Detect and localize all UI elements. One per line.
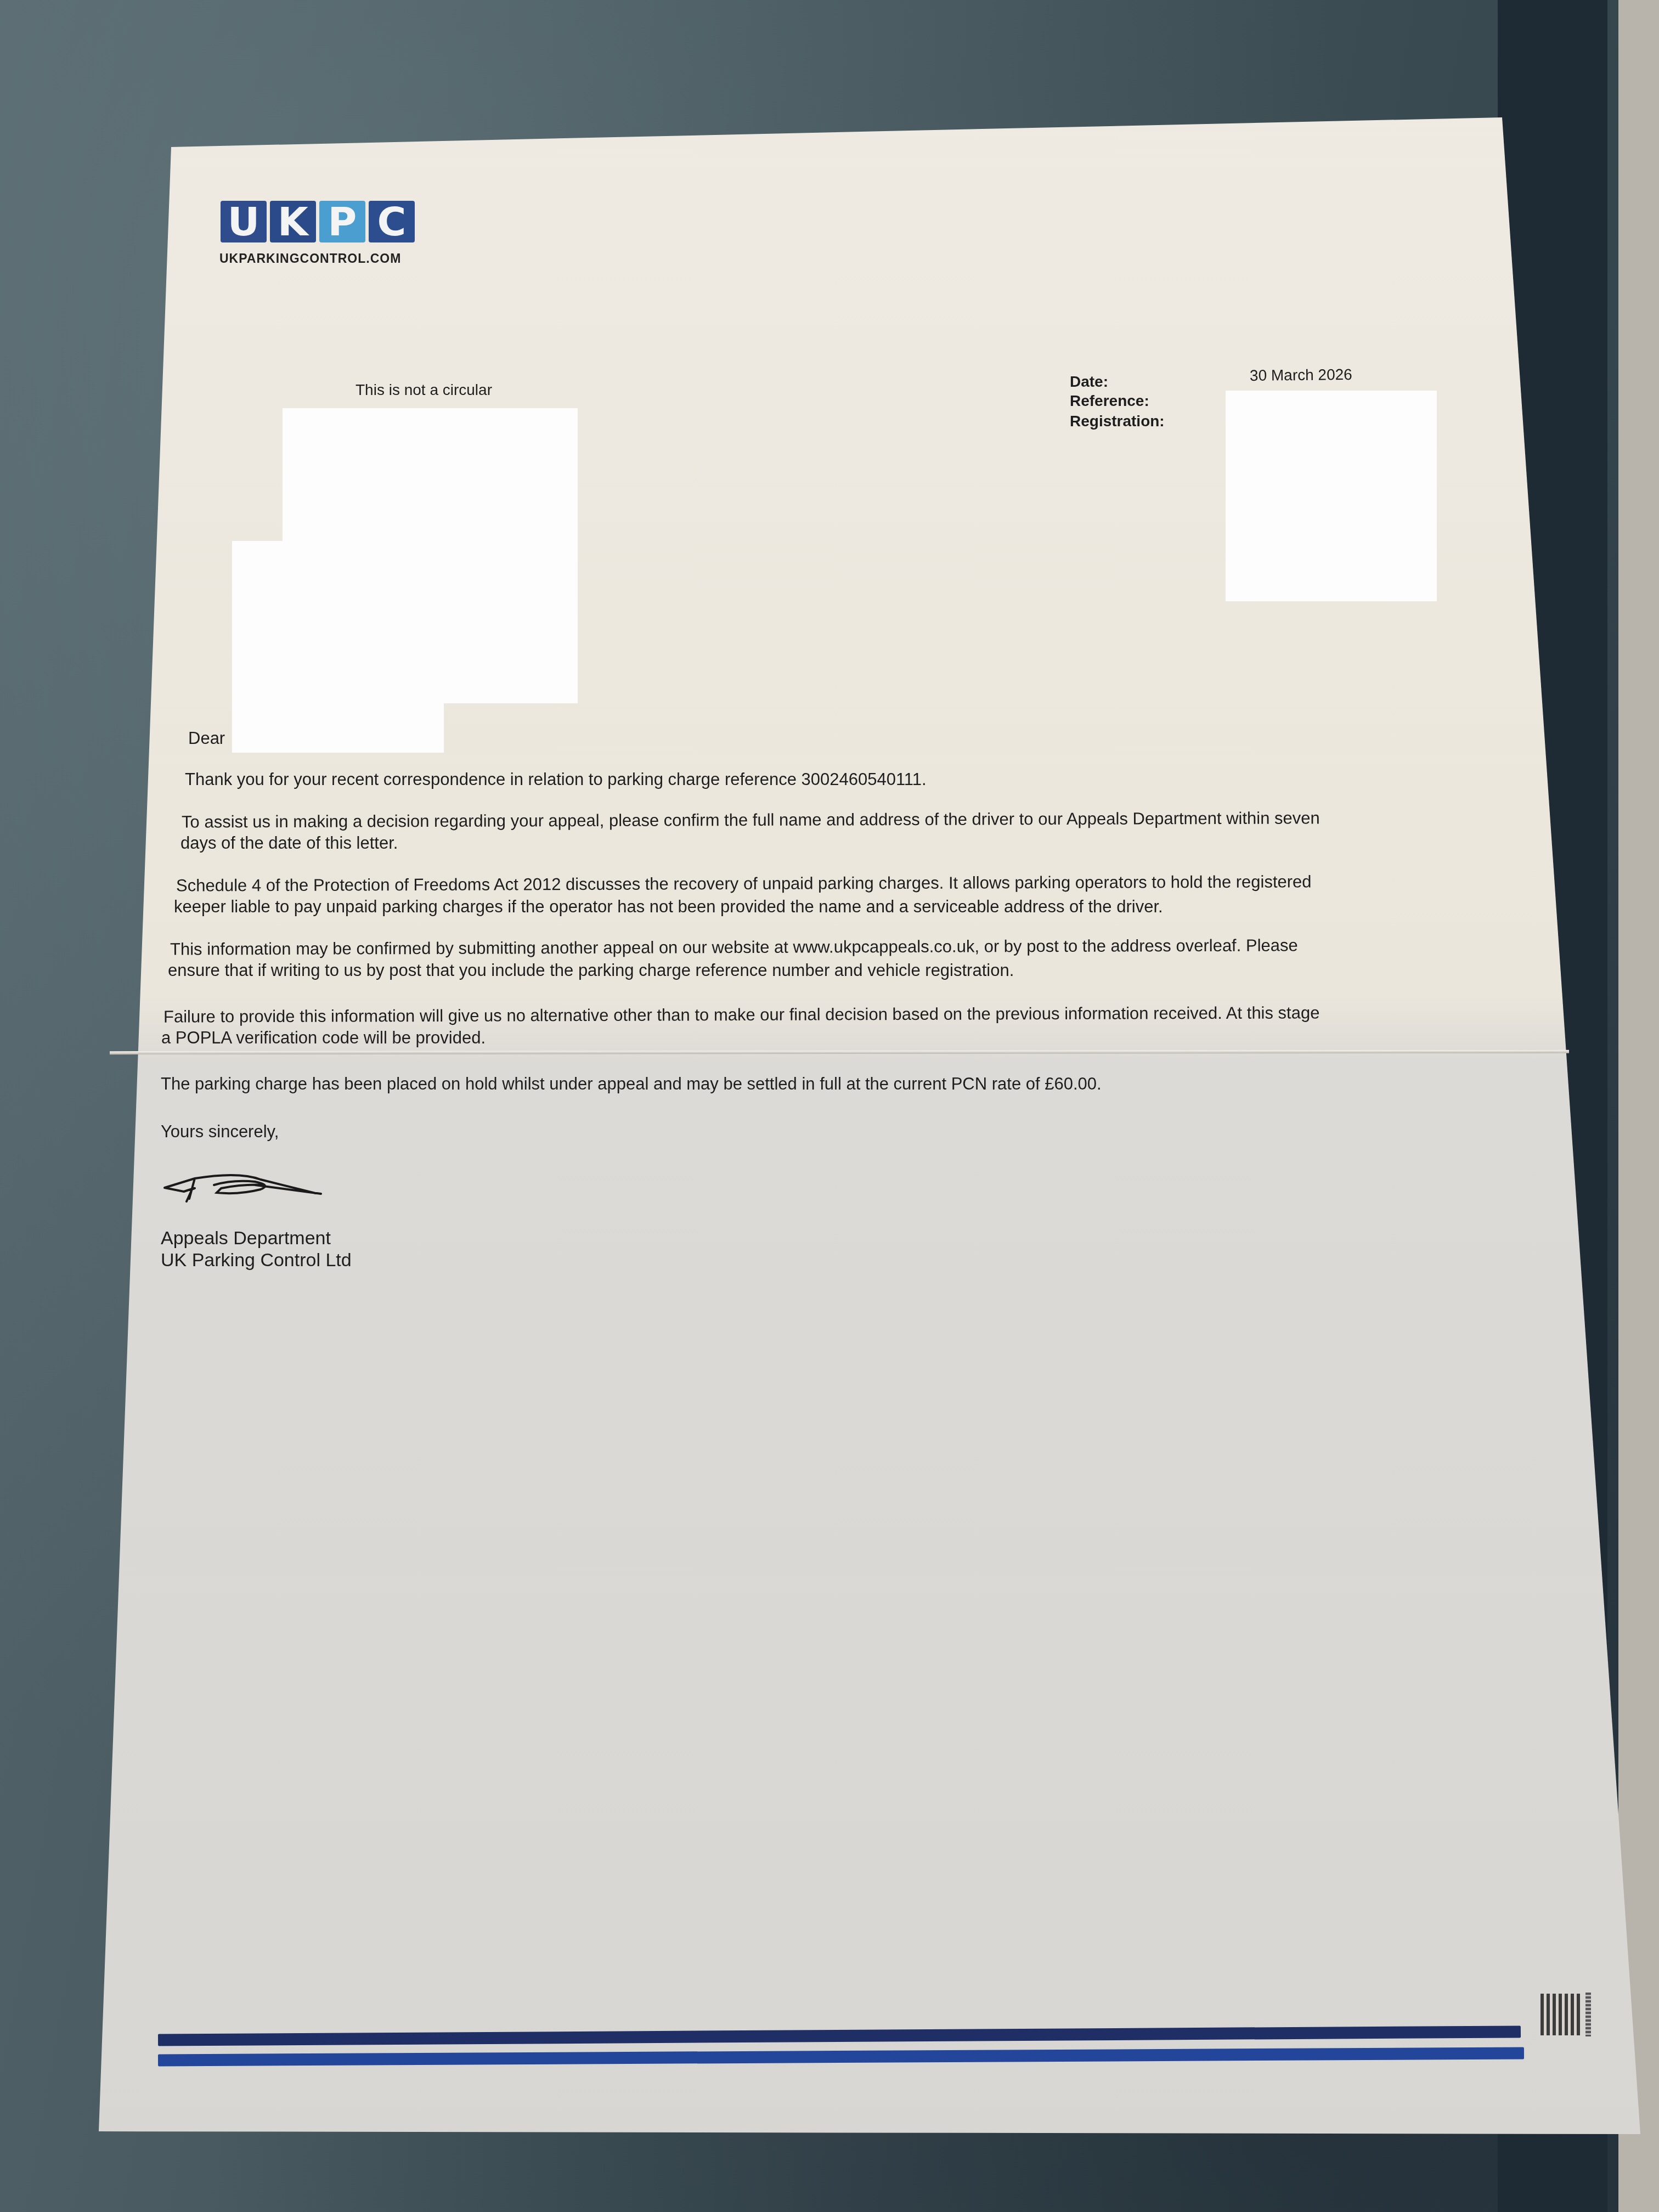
logo-letter-u: U <box>221 201 267 242</box>
redacted-address-block <box>283 408 578 703</box>
paragraph-2-line-1: To assist us in making a decision regard… <box>182 806 1320 833</box>
datamatrix-code-icon <box>1541 1994 1580 2035</box>
not-a-circular-notice: This is not a circular <box>356 379 492 402</box>
adjacent-paper-edge <box>1618 0 1659 2212</box>
paragraph-2-line-2: days of the date of this letter. <box>180 832 398 855</box>
paragraph-3-line-2: keeper liable to pay unpaid parking char… <box>174 895 1163 918</box>
paragraph-6: The parking charge has been placed on ho… <box>161 1073 1102 1096</box>
signatory-company: UK Parking Control Ltd <box>161 1249 352 1272</box>
paragraph-4-line-1: This information may be confirmed by sub… <box>170 934 1298 961</box>
date-value: 30 March 2026 <box>1250 363 1352 387</box>
paragraph-5-line-1: Failure to provide this information will… <box>163 1001 1320 1028</box>
reference-label: Reference: <box>1070 390 1149 413</box>
greeting: Dear <box>188 727 225 750</box>
redacted-recipient-name <box>232 703 444 753</box>
valediction: Yours sincerely, <box>161 1120 279 1143</box>
datamatrix-strip-icon <box>1585 1993 1591 2036</box>
registration-label: Registration: <box>1070 410 1165 433</box>
paragraph-3-line-1: Schedule 4 of the Protection of Freedoms… <box>176 870 1312 897</box>
redacted-reference-registration <box>1226 391 1437 601</box>
paragraph-4-line-2: ensure that if writing to us by post tha… <box>168 959 1014 982</box>
paragraph-1: Thank you for your recent correspondence… <box>185 768 927 791</box>
letter-sheet <box>0 0 1659 2212</box>
logo-letter-k: K <box>270 201 316 242</box>
signature-icon <box>162 1169 337 1212</box>
paragraph-5-line-2: a POPLA verification code will be provid… <box>161 1026 486 1049</box>
signatory-department: Appeals Department <box>161 1227 331 1250</box>
logo-letter-p: P <box>319 201 365 242</box>
logo-website: UKPARKINGCONTROL.COM <box>219 251 401 266</box>
logo-letter-c: C <box>369 201 415 242</box>
ukpc-logo: U K P C <box>221 201 415 242</box>
